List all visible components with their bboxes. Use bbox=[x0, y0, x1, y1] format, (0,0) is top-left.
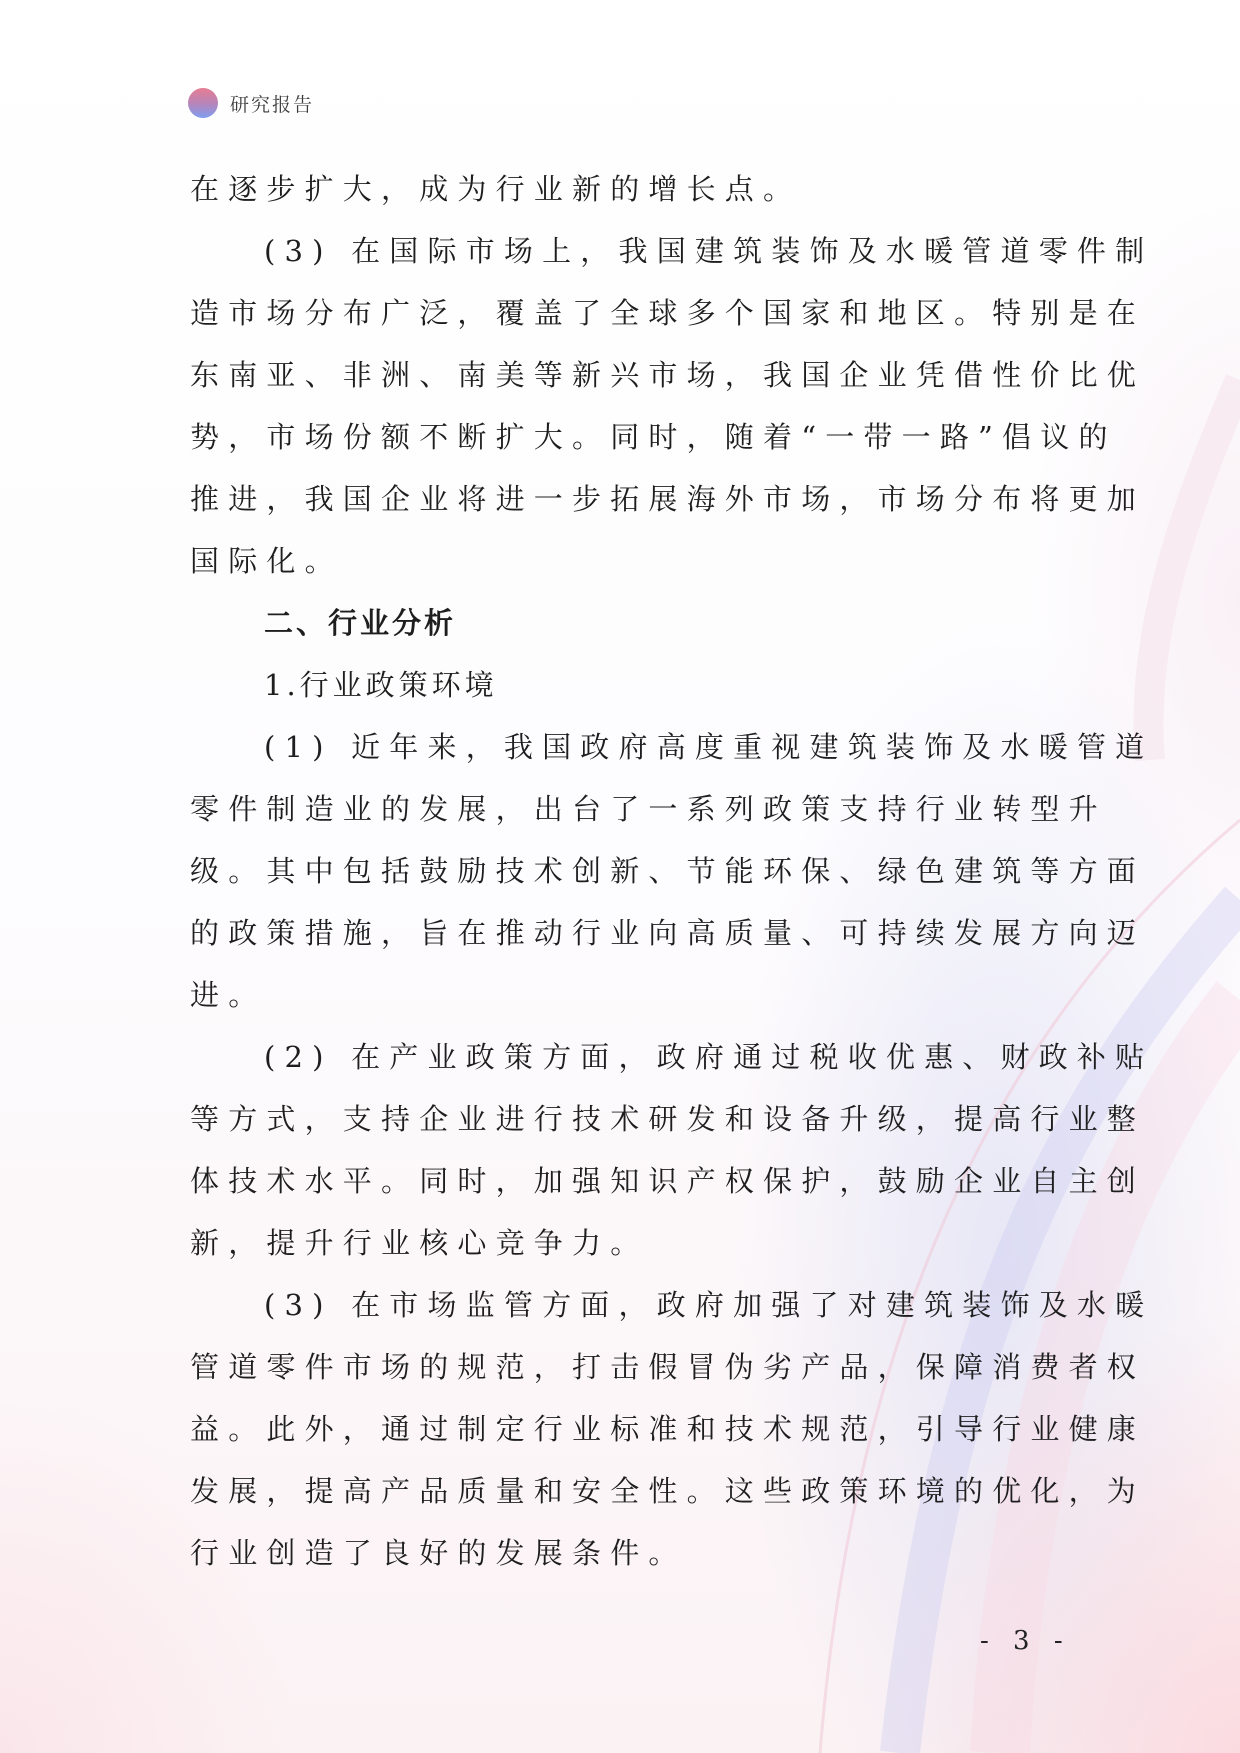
text-line: 等方式，支持企业进行技术研发和设备升级，提高行业整 bbox=[190, 1088, 1052, 1150]
text-line: 进。 bbox=[190, 964, 1052, 1026]
text-line: 新，提升行业核心竞争力。 bbox=[190, 1212, 1052, 1274]
paragraph-start-line: (1) 近年来，我国政府高度重视建筑装饰及水暖管道 bbox=[190, 716, 1052, 778]
text-line: 级。其中包括鼓励技术创新、节能环保、绿色建筑等方面 bbox=[190, 840, 1052, 902]
paragraph-start-line: (3) 在市场监管方面，政府加强了对建筑装饰及水暖 bbox=[190, 1274, 1052, 1336]
text-line: 益。此外，通过制定行业标准和技术规范，引导行业健康 bbox=[190, 1398, 1052, 1460]
paragraph-start-line: (2) 在产业政策方面，政府通过税收优惠、财政补贴 bbox=[190, 1026, 1052, 1088]
paragraph-start-line: (3) 在国际市场上，我国建筑装饰及水暖管道零件制 bbox=[190, 220, 1052, 282]
document-page: 研究报告 在逐步扩大，成为行业新的增长点。 (3) 在国际市场上，我国建筑装饰及… bbox=[0, 0, 1240, 1753]
text-line: 零件制造业的发展，出台了一系列政策支持行业转型升 bbox=[190, 778, 1052, 840]
subsection-heading: 1.行业政策环境 bbox=[190, 654, 1052, 716]
text-line: 体技术水平。同时，加强知识产权保护，鼓励企业自主创 bbox=[190, 1150, 1052, 1212]
page-header: 研究报告 bbox=[188, 88, 314, 118]
text-line: 管道零件市场的规范，打击假冒伪劣产品，保障消费者权 bbox=[190, 1336, 1052, 1398]
text-line: 国际化。 bbox=[190, 530, 1052, 592]
text-line: 在逐步扩大，成为行业新的增长点。 bbox=[190, 158, 1052, 220]
body-text: 在逐步扩大，成为行业新的增长点。 (3) 在国际市场上，我国建筑装饰及水暖管道零… bbox=[190, 158, 1052, 1584]
text-line: 东南亚、非洲、南美等新兴市场，我国企业凭借性价比优 bbox=[190, 344, 1052, 406]
text-line: 势，市场份额不断扩大。同时，随着“一带一路”倡议的 bbox=[190, 406, 1052, 468]
report-label: 研究报告 bbox=[230, 90, 314, 117]
page-number: - 3 - bbox=[980, 1626, 1071, 1656]
section-heading: 二、行业分析 bbox=[190, 592, 1052, 654]
text-line: 造市场分布广泛，覆盖了全球多个国家和地区。特别是在 bbox=[190, 282, 1052, 344]
gradient-circle-logo-icon bbox=[188, 88, 218, 118]
text-line: 行业创造了良好的发展条件。 bbox=[190, 1522, 1052, 1584]
text-line: 推进，我国企业将进一步拓展海外市场，市场分布将更加 bbox=[190, 468, 1052, 530]
text-line: 发展，提高产品质量和安全性。这些政策环境的优化，为 bbox=[190, 1460, 1052, 1522]
text-line: 的政策措施，旨在推动行业向高质量、可持续发展方向迈 bbox=[190, 902, 1052, 964]
